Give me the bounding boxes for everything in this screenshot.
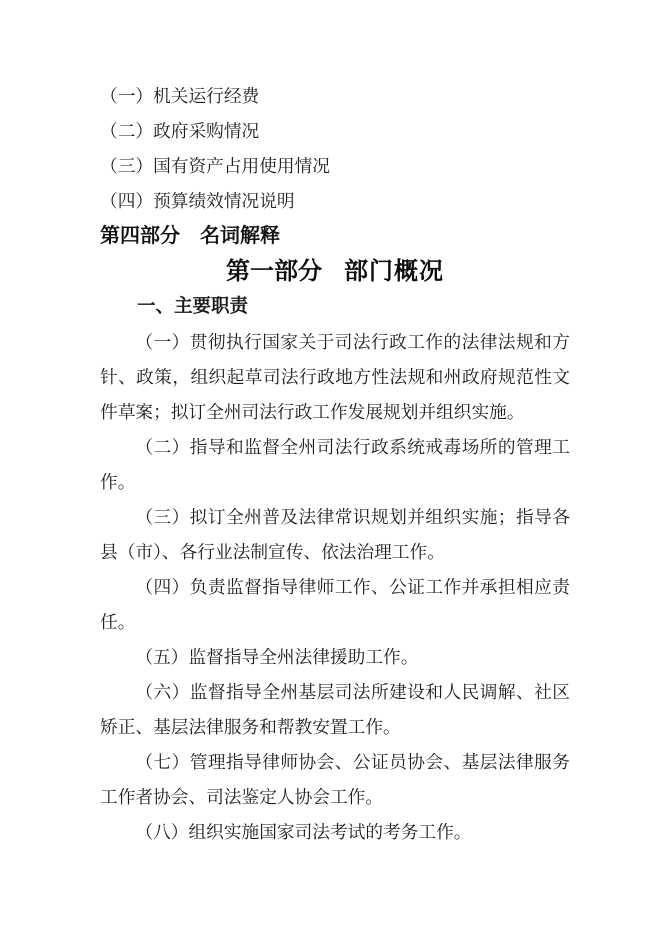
body-paragraph-4: （四）负责监督指导律师工作、公证工作并承担相应责任。: [100, 570, 570, 640]
body-paragraph-3: （三）拟订全州普及法律常识规划并组织实施；指导各县（市）、各行业法制宣传、依法治…: [100, 500, 570, 570]
page-title-text: 部门概况: [344, 259, 444, 285]
body-paragraph-8: （八）组织实施国家司法考试的考务工作。: [100, 815, 570, 850]
body-paragraph-6: （六）监督指导全州基层司法所建设和人民调解、社区矫正、基层法律服务和帮教安置工作…: [100, 675, 570, 745]
body-paragraph-1: （一）贯彻执行国家关于司法行政工作的法律法规和方针、政策，组织起草司法行政地方性…: [100, 325, 570, 430]
page-title-part1: 第一部分部门概况: [100, 254, 570, 290]
subsection-heading-duties: 一、主要职责: [100, 290, 570, 325]
document-page: （一）机关运行经费 （二）政府采购情况 （三）国有资产占用使用情况 （四）预算绩…: [0, 0, 662, 936]
toc-item-1: （一）机关运行经费: [100, 79, 570, 114]
page-title-prefix: 第一部分: [226, 259, 322, 285]
toc-item-2: （二）政府采购情况: [100, 114, 570, 149]
body-paragraph-7: （七）管理指导律师协会、公证员协会、基层法律服务工作者协会、司法鉴定人协会工作。: [100, 745, 570, 815]
body-paragraph-2: （二）指导和监督全州司法行政系统戒毒场所的管理工作。: [100, 430, 570, 500]
toc-item-3: （三）国有资产占用使用情况: [100, 149, 570, 184]
body-paragraph-5: （五）监督指导全州法律援助工作。: [100, 640, 570, 675]
toc-item-4: （四）预算绩效情况说明: [100, 184, 570, 219]
section-heading-part4: 第四部分 名词解释: [100, 219, 570, 254]
